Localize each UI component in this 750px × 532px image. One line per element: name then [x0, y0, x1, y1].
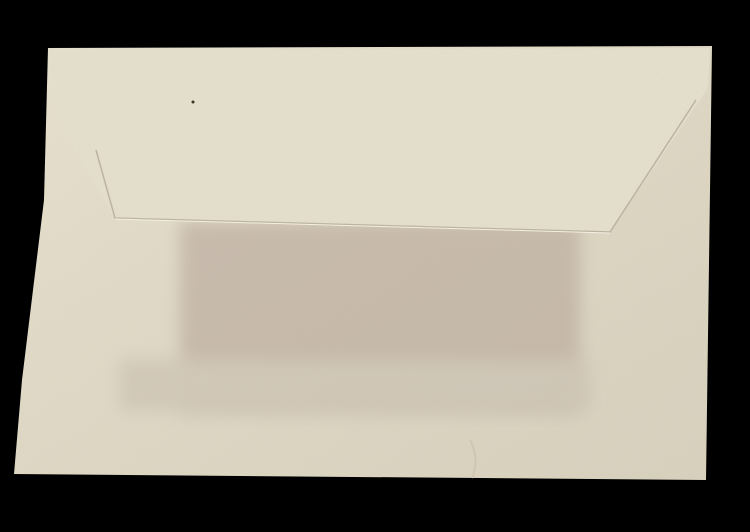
envelope-illustration	[0, 0, 750, 532]
speck	[192, 101, 195, 104]
envelope-flap	[50, 48, 710, 232]
photo	[0, 0, 750, 532]
